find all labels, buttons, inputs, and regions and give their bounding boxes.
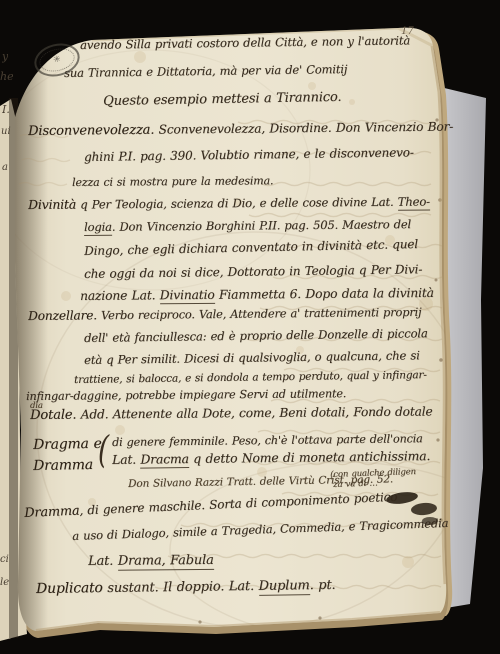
manuscript-page [15, 28, 446, 631]
folio-number: 17 [401, 26, 414, 37]
entry-brace: ( [97, 427, 109, 472]
page-backdrop [0, 0, 500, 654]
manuscript-photo: 17 ✳ ( avendo Silla privati costoro dell… [0, 0, 500, 654]
